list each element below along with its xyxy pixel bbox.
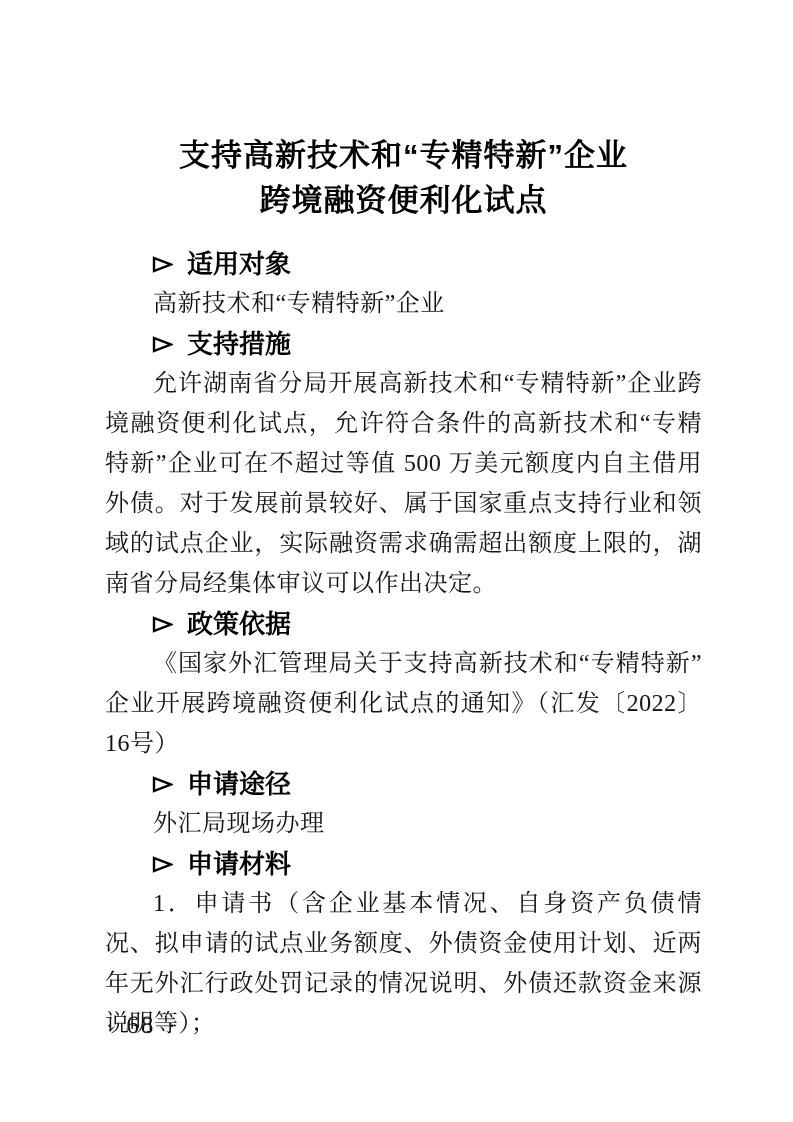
section-heading-application-channel: 申请途径 bbox=[105, 764, 702, 804]
arrow-bullet-icon bbox=[152, 776, 173, 793]
section-heading-label: 政策依据 bbox=[187, 604, 291, 644]
footer-page-number: 68 bbox=[126, 1012, 155, 1040]
document-page: 支持高新技术和“专精特新”企业 跨境融资便利化试点 适用对象 高新技术和“专精特… bbox=[0, 0, 793, 1122]
page-title: 支持高新技术和“专精特新”企业 跨境融资便利化试点 bbox=[105, 133, 702, 223]
title-line-2: 跨境融资便利化试点 bbox=[105, 178, 702, 223]
section-heading-label: 适用对象 bbox=[187, 244, 291, 284]
section-heading-applicable-scope: 适用对象 bbox=[105, 244, 702, 284]
paragraph-applicable-scope: 高新技术和“专精特新”企业 bbox=[105, 284, 702, 324]
title-line-1: 支持高新技术和“专精特新”企业 bbox=[105, 133, 702, 178]
arrow-bullet-icon bbox=[152, 856, 173, 873]
footer-right-dot: · bbox=[168, 1013, 175, 1039]
section-heading-label: 申请途径 bbox=[187, 764, 291, 804]
paragraph-application-channel: 外汇局现场办理 bbox=[105, 804, 702, 844]
arrow-bullet-icon bbox=[152, 256, 173, 273]
section-heading-support-measures: 支持措施 bbox=[105, 324, 702, 364]
footer-left-dot: · bbox=[106, 1013, 113, 1039]
arrow-bullet-icon bbox=[152, 616, 173, 633]
section-heading-policy-basis: 政策依据 bbox=[105, 604, 702, 644]
arrow-bullet-icon bbox=[152, 336, 173, 353]
section-heading-label: 支持措施 bbox=[187, 324, 291, 364]
section-heading-label: 申请材料 bbox=[187, 844, 291, 884]
section-heading-application-materials: 申请材料 bbox=[105, 844, 702, 884]
paragraph-application-materials: 1．申请书（含企业基本情况、自身资产负债情况、拟申请的试点业务额度、外债资金使用… bbox=[105, 884, 702, 1044]
paragraph-policy-basis: 《国家外汇管理局关于支持高新技术和“专精特新”企业开展跨境融资便利化试点的通知》… bbox=[105, 644, 702, 764]
paragraph-support-measures: 允许湖南省分局开展高新技术和“专精特新”企业跨境融资便利化试点，允许符合条件的高… bbox=[105, 364, 702, 604]
page-number: · 68 · bbox=[106, 1012, 176, 1040]
